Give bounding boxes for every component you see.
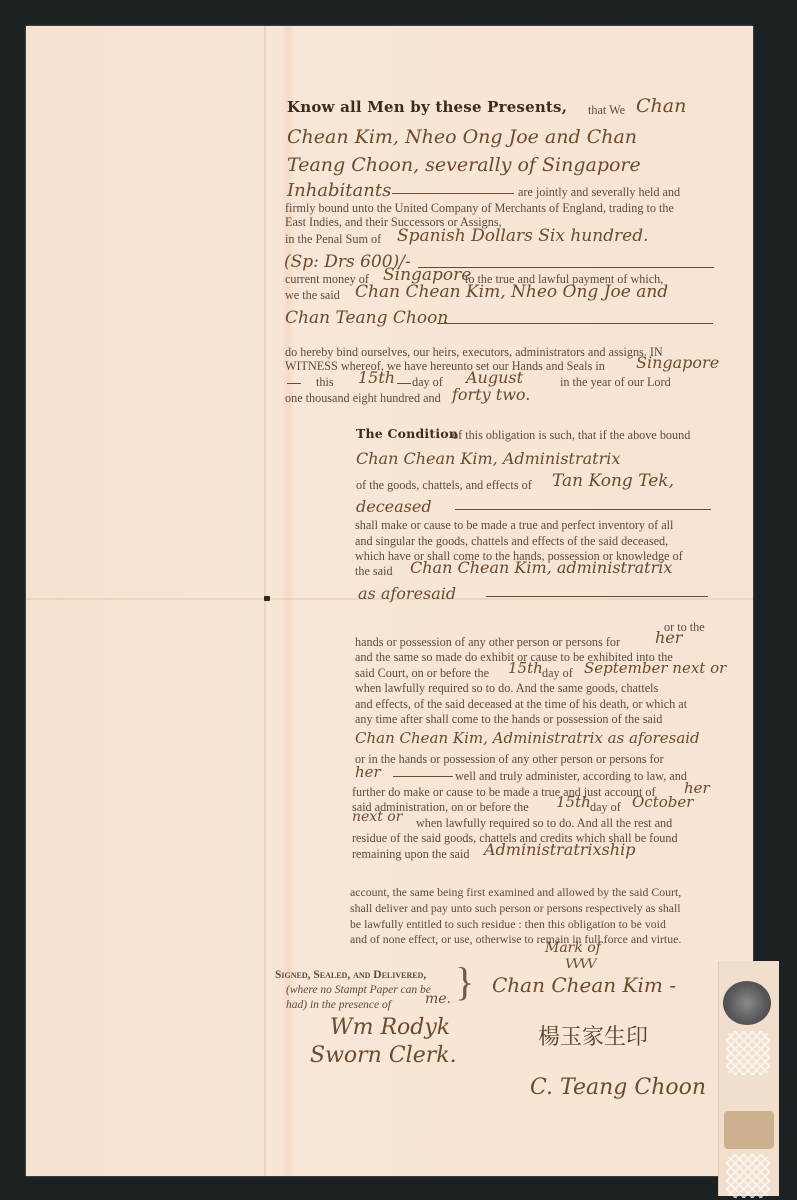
handwritten-obligor: Chan <box>636 95 686 117</box>
bond-intro: that We <box>588 103 625 117</box>
fill-rule <box>392 193 514 194</box>
handwritten-month: September next or <box>584 659 726 677</box>
condition-text: account, the same being first examined a… <box>350 885 681 899</box>
mark-of-label: Mark of <box>545 940 601 956</box>
witness-signature: Wm Rodyk <box>330 1015 450 1040</box>
handwritten-year: forty two. <box>452 385 530 404</box>
condition-text: and of none effect, or use, otherwise to… <box>350 932 681 946</box>
condition-text: and singular the goods, chattels and eff… <box>355 534 668 548</box>
handwritten-deceased: deceased <box>356 497 432 516</box>
handwritten-names: Chan Chean Kim, Nheo Ong Joe and <box>355 282 668 302</box>
fill-rule <box>437 323 713 324</box>
handwritten-her: her <box>355 763 381 781</box>
document-heading: Know all Men by these Presents, <box>287 100 567 114</box>
fill-rule <box>486 596 708 597</box>
condition-text: shall deliver and pay unto such person o… <box>350 901 681 915</box>
handwritten-administratrix: Chan Chean Kim, Administratrix <box>356 449 620 468</box>
condition-text: further do make or cause to be made a tr… <box>352 785 656 799</box>
handwritten-aforesaid: as aforesaid <box>358 584 456 603</box>
bond-text: do hereby bind ourselves, our heirs, exe… <box>285 345 663 359</box>
handwritten-day: 15th <box>358 368 395 387</box>
condition-text: said Court, on or before the <box>355 666 489 680</box>
handwritten-next-or: next or <box>352 809 402 825</box>
condition-text: any time after shall come to the hands o… <box>355 712 662 726</box>
signer-signature: C. Teang Choon <box>530 1075 706 1100</box>
signed-sealed-delivered: Signed, Sealed, and Delivered, <box>275 968 426 982</box>
condition-text: of this obligation is such, that if the … <box>452 428 690 442</box>
day-of-label: day of <box>412 375 443 389</box>
handwritten-me: me. <box>425 991 451 1007</box>
handwritten-obligors: Teang Choon, severally of Singapore <box>287 154 641 176</box>
we-the-said: we the said <box>285 288 340 302</box>
fill-rule <box>393 776 453 777</box>
year-prefix: one thousand eight hundred and <box>285 391 441 405</box>
handwritten-administratrix: Chan Chean Kim, Administratrix as afores… <box>355 729 700 747</box>
condition-text: or in the hands or possession of any oth… <box>355 752 664 766</box>
condition-text: when lawfully required so to do. And the… <box>355 681 658 695</box>
this-label: this <box>316 375 334 389</box>
signer-signature: Chan Chean Kim - <box>492 973 676 997</box>
year-label: in the year of our Lord <box>560 375 671 389</box>
attestation-text: had) in the presence of <box>286 998 391 1012</box>
bond-text: firmly bound unto the United Company of … <box>285 201 674 215</box>
condition-text: well and truly administer, according to … <box>455 769 687 783</box>
handwritten-inhabitants: Inhabitants <box>287 180 391 201</box>
handwritten-day: 15th <box>556 793 591 811</box>
condition-text: of the goods, chattels, and effects of <box>356 478 532 492</box>
condition-text: and effects, of the said deceased at the… <box>355 697 687 711</box>
penal-sum-label: in the Penal Sum of <box>285 232 381 246</box>
fill-rule <box>455 509 711 510</box>
chinese-signature: 楊玉家生印 <box>538 1020 648 1051</box>
fold-line <box>264 26 266 1176</box>
seal-icon <box>723 981 771 1025</box>
day-of-label: day of <box>542 666 573 680</box>
brace: } <box>455 962 474 1002</box>
handwritten-penal-sum: Spanish Dollars Six hundred. <box>397 226 649 246</box>
handwritten-administratrixship: Administratrixship <box>484 840 635 859</box>
condition-text: shall make or cause to be made a true an… <box>355 518 673 532</box>
fill-rule <box>287 383 301 384</box>
embossed-seal-icon <box>726 1031 770 1075</box>
embossed-seal-icon <box>726 1154 770 1198</box>
bond-text: are jointly and severally held and <box>518 185 680 199</box>
handwritten-names: Chan Teang Choon <box>285 308 448 328</box>
handwritten-her: her <box>655 628 682 647</box>
handwritten-obligors: Chean Kim, Nheo Ong Joe and Chan <box>287 126 637 148</box>
condition-text: be lawfully entitled to such residue : t… <box>350 917 666 931</box>
handwritten-administratrix: Chan Chean Kim, administratrix <box>410 558 672 577</box>
condition-text: remaining upon the said <box>352 847 469 861</box>
pin-mark <box>264 596 270 601</box>
handwritten-day: 15th <box>508 659 543 677</box>
the-said-label: the said <box>355 564 393 578</box>
signer-mark: VVVV <box>565 957 595 972</box>
bond-text: WITNESS whereof, we have hereunto set ou… <box>285 359 605 373</box>
condition-text: hands or possession of any other person … <box>355 635 620 649</box>
handwritten-month: October <box>632 793 693 811</box>
fill-rule <box>397 383 411 384</box>
witness-signature: Sworn Clerk. <box>310 1043 457 1068</box>
day-of-label: day of <box>590 800 621 814</box>
condition-heading: The Condition <box>356 427 458 441</box>
handwritten-place: Singapore <box>636 353 719 372</box>
handwritten-deceased-name: Tan Kong Tek, <box>552 471 674 491</box>
attestation-text: (where no Stampt Paper can be <box>286 983 431 997</box>
wax-seal-icon <box>724 1111 774 1149</box>
condition-text: when lawfully required so to do. And all… <box>416 816 672 830</box>
